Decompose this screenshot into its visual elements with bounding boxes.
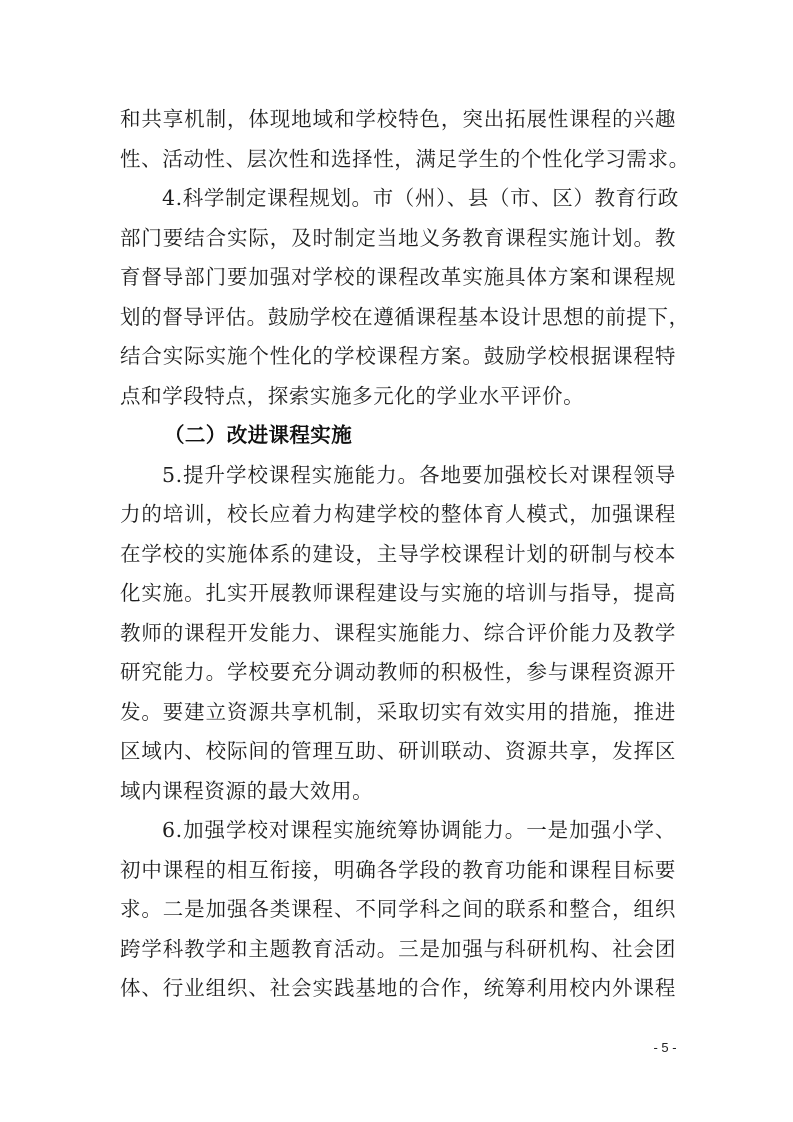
paragraph-line: 化实施。扎实开展教师课程建设与实施的培训与指导，提高 [120, 574, 676, 614]
paragraph-line: 域内课程资源的最大效用。 [120, 772, 676, 812]
paragraph-line: 初中课程的相互衔接，明确各学段的教育功能和课程目标要 [120, 851, 676, 891]
paragraph-line: 性、活动性、层次性和选择性，满足学生的个性化学习需求。 [120, 140, 676, 180]
paragraph-line-item-4: 4.科学制定课程规划。市（州）、县（市、区）教育行政 [120, 179, 676, 219]
document-body: 和共享机制，体现地域和学校特色，突出拓展性课程的兴趣 性、活动性、层次性和选择性… [120, 100, 676, 1009]
section-heading: （二）改进课程实施 [120, 416, 676, 456]
paragraph-line: 体、行业组织、社会实践基地的合作，统筹利用校内外课程 [120, 969, 676, 1009]
paragraph-line: 研究能力。学校要充分调动教师的积极性，参与课程资源开 [120, 653, 676, 693]
paragraph-line: 和共享机制，体现地域和学校特色，突出拓展性课程的兴趣 [120, 100, 676, 140]
paragraph-line: 力的培训，校长应着力构建学校的整体育人模式，加强课程 [120, 495, 676, 535]
paragraph-line: 区域内、校际间的管理互助、研训联动、资源共享，发挥区 [120, 732, 676, 772]
paragraph-line: 划的督导评估。鼓励学校在遵循课程基本设计思想的前提下， [120, 298, 676, 338]
paragraph-line: 结合实际实施个性化的学校课程方案。鼓励学校根据课程特 [120, 337, 676, 377]
paragraph-line: 教师的课程开发能力、课程实施能力、综合评价能力及教学 [120, 614, 676, 654]
document-page: 和共享机制，体现地域和学校特色，突出拓展性课程的兴趣 性、活动性、层次性和选择性… [0, 0, 793, 1122]
paragraph-line: 跨学科教学和主题教育活动。三是加强与科研机构、社会团 [120, 930, 676, 970]
paragraph-line: 求。二是加强各类课程、不同学科之间的联系和整合，组织 [120, 890, 676, 930]
paragraph-line: 发。要建立资源共享机制，采取切实有效实用的措施，推进 [120, 693, 676, 733]
page-number: - 5 - [640, 1040, 690, 1055]
paragraph-line-item-5: 5.提升学校课程实施能力。各地要加强校长对课程领导 [120, 456, 676, 496]
paragraph-line: 育督导部门要加强对学校的课程改革实施具体方案和课程规 [120, 258, 676, 298]
paragraph-line: 在学校的实施体系的建设，主导学校课程计划的研制与校本 [120, 535, 676, 575]
paragraph-line-item-6: 6.加强学校对课程实施统筹协调能力。一是加强小学、 [120, 811, 676, 851]
paragraph-line: 部门要结合实际，及时制定当地义务教育课程实施计划。教 [120, 219, 676, 259]
paragraph-line: 点和学段特点，探索实施多元化的学业水平评价。 [120, 377, 676, 417]
